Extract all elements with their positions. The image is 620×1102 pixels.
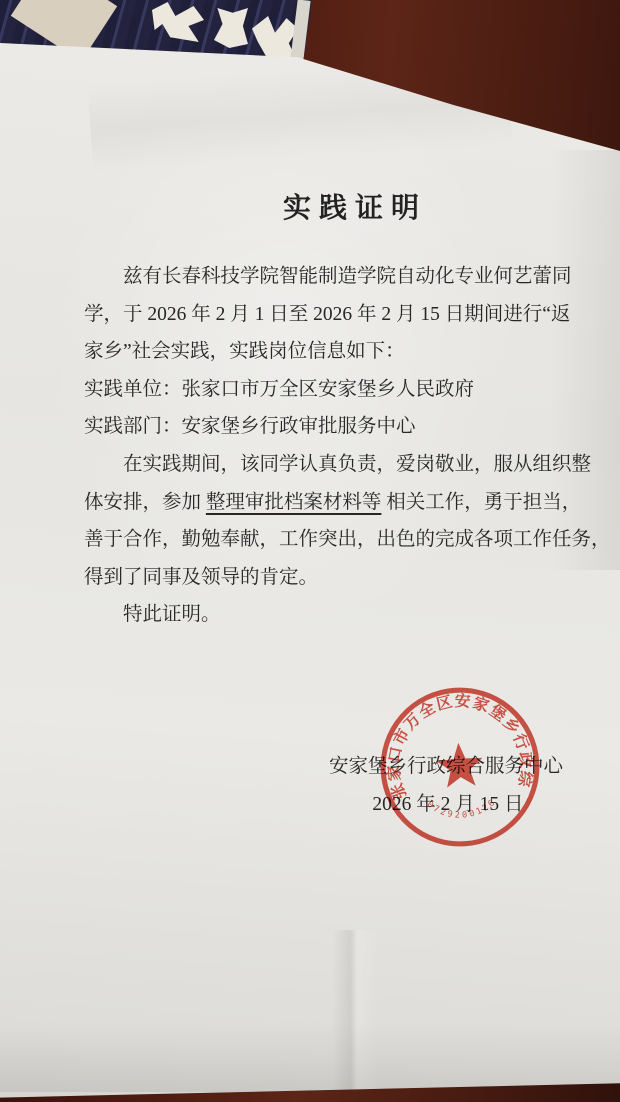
body-line: 学，于 2026 年 2 月 1 日至 2026 年 2 月 15 日期间进行“… [84,296,572,334]
photo-background: 实践证明 兹有长春科技学院智能制造学院自动化专业何艺蕾同 学，于 2026 年 … [0,0,620,1102]
body-line: 在实践期间，该同学认真负责，爱岗敬业，服从组织整 [84,446,572,484]
page-title: 实践证明 [283,186,427,226]
paper-crease [0,1022,620,1092]
body-line-practice-department: 实践部门：安家堡乡行政审批服务中心 [84,408,572,446]
seal-star-icon [435,741,484,788]
paper-crease [87,55,512,174]
body-line: 家乡”社会实践，实践岗位信息如下： [84,333,572,371]
body-line: 得到了同事及领导的肯定。 [84,559,572,597]
body-line: 兹有长春科技学院智能制造学院自动化专业何艺蕾同 [84,258,572,296]
body-line-practice-unit: 实践单位：张家口市万全区安家堡乡人民政府 [84,371,572,409]
underline-before: 体安排，参加 [84,492,206,513]
body-line: 善于合作，勤勉奉献，工作突出，出色的完成各项工作任务， [84,521,572,559]
underline-after: 相关工作，勇于担当， [381,492,581,513]
official-seal: 张家口市万全区安家堡乡行政综合服务中心 07292001268 [368,675,552,859]
underlined-phrase: 整理审批档案材料等 [206,492,382,513]
closing-line: 特此证明。 [84,596,572,634]
document-body: 兹有长春科技学院智能制造学院自动化专业何艺蕾同 学，于 2026 年 2 月 1… [84,258,572,634]
body-line-with-underline: 体安排，参加 整理审批档案材料等 相关工作，勇于担当， [84,484,572,522]
seal-arc-text: 张家口市万全区安家堡乡行政综合服务中心 [368,675,538,803]
paper-crease [332,930,378,1090]
